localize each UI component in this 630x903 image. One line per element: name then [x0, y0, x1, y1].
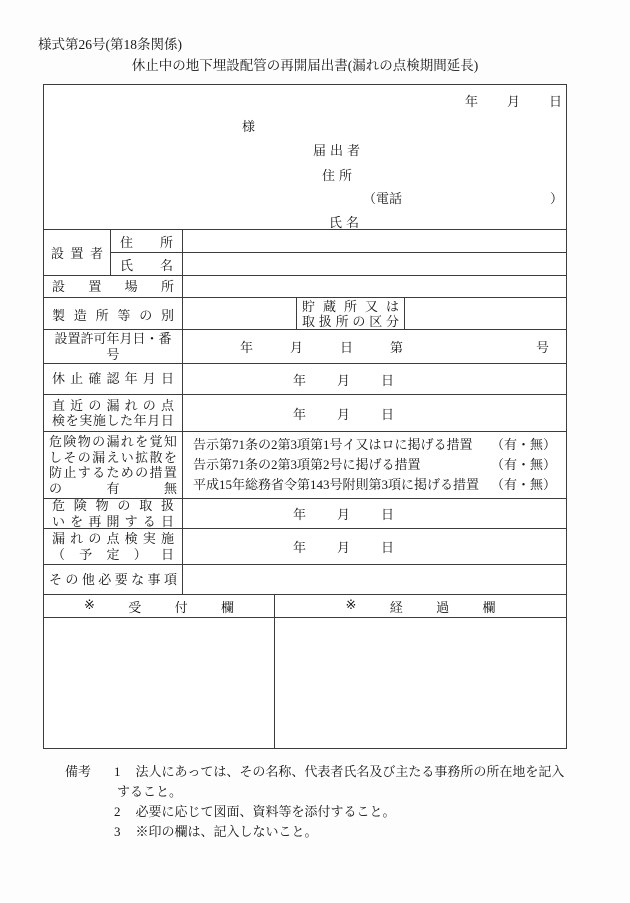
installer-name-value[interactable] — [183, 252, 566, 275]
suspension-confirm-value[interactable]: 年 月 日 — [183, 364, 566, 394]
permit-value[interactable]: 年 月 日 第 号 — [183, 330, 566, 363]
form-body: 年 月 日 様 届出者 住所 （電話 ） 氏名 設置者 住所 氏名 — [43, 84, 567, 749]
resume-date-row: 危険物の取扱 いを再開する日 年 月 日 — [44, 498, 566, 528]
permit-number-suffix: 号 — [536, 337, 549, 356]
note-text-3: ※印の欄は、記入しないこと。 — [136, 824, 318, 839]
resume-date-blank[interactable]: 年 月 日 — [183, 504, 403, 523]
notes-block: 備考1法人にあっては、その名称、代表者氏名及び主たる事務所の所在地を記入 するこ… — [65, 762, 610, 842]
last-leak-check-row: 直近の漏れの点 検を実施した年月日 年 月 日 — [44, 394, 566, 431]
storage-category-value[interactable] — [405, 298, 566, 330]
note-line-3: 3※印の欄は、記入しないこと。 — [65, 822, 610, 842]
addressee-suffix: 様 — [242, 116, 255, 135]
suspension-confirm-label-cell: 休止確認年月日 — [44, 364, 183, 394]
other-label-cell: その他必要な事項 — [44, 565, 183, 594]
leak-measure-option-3[interactable]: （有・無） — [491, 475, 556, 495]
notes-label: 備考 — [65, 764, 91, 779]
facility-type-row: 製造所等の別 貯蔵所又は 取扱所の区分 — [44, 297, 566, 329]
progress-box — [275, 618, 566, 748]
leak-measures-label-line4: の有無 — [49, 481, 177, 497]
note-text-1-continued: すること。 — [117, 784, 182, 799]
installer-row: 設置者 住所 氏名 — [44, 229, 566, 275]
leak-measure-option-2[interactable]: （有・無） — [491, 455, 556, 475]
location-value[interactable] — [183, 276, 566, 297]
leak-check-plan-row: 漏れの点検実施 （予定）日 年 月 日 — [44, 528, 566, 564]
leak-measures-label-line1: 危険物の漏れを覚知 — [49, 434, 177, 450]
notifier-address-label: 住所 — [322, 165, 356, 184]
facility-type-label-cell: 製造所等の別 — [44, 298, 183, 330]
note-text-1: 法人にあっては、その名称、代表者氏名及び主たる事務所の所在地を記入 — [136, 764, 565, 779]
installer-name-label-cell: 氏名 — [111, 252, 183, 275]
leak-measures-label-line2: しその漏えい拡散を — [49, 450, 177, 466]
main-table: 年 月 日 様 届出者 住所 （電話 ） 氏名 設置者 住所 氏名 — [43, 84, 567, 595]
form-code: 様式第26号(第18条関係) — [38, 33, 182, 53]
note-number-3: 3 — [114, 824, 121, 839]
location-row: 設置場所 — [44, 275, 566, 297]
installer-name-label: 氏名 — [120, 255, 173, 274]
resume-date-label-line2: いを再開する日 — [49, 514, 177, 530]
header-box: 年 月 日 様 届出者 住所 （電話 ） 氏名 — [44, 85, 566, 229]
leak-check-plan-value[interactable]: 年 月 日 — [183, 529, 566, 564]
header-date-blank[interactable]: 年 月 日 — [465, 91, 570, 110]
leak-check-plan-label-line2: （予定）日 — [49, 547, 177, 563]
last-leak-check-label-line1: 直近の漏れの点 — [49, 398, 177, 414]
leak-check-plan-label-cell: 漏れの点検実施 （予定）日 — [44, 529, 183, 564]
leak-check-plan-label-line1: 漏れの点検実施 — [49, 531, 177, 547]
form-page: 様式第26号(第18条関係) 休止中の地下埋設配管の再開届出書(漏れの点検期間延… — [0, 0, 630, 903]
location-label-cell: 設置場所 — [44, 276, 183, 297]
last-leak-check-value[interactable]: 年 月 日 — [183, 395, 566, 431]
leak-measure-item: 平成15年総務省令第143号附則第3項に掲げる措置 （有・無） — [193, 475, 556, 495]
storage-category-label-line2: 取扱所の区分 — [302, 314, 399, 329]
progress-header: ※経過欄 — [346, 597, 496, 616]
other-value[interactable] — [183, 565, 566, 594]
leak-measure-item: 告示第71条の2第3項第2号に掲げる措置 （有・無） — [193, 455, 556, 475]
leak-check-plan-date-blank[interactable]: 年 月 日 — [183, 537, 403, 556]
page-title: 休止中の地下埋設配管の再開届出書(漏れの点検期間延長) — [43, 54, 567, 74]
progress-header-cell: ※経過欄 — [275, 595, 566, 617]
installer-address-label: 住所 — [120, 232, 173, 251]
last-leak-check-label-cell: 直近の漏れの点 検を実施した年月日 — [44, 395, 183, 431]
reception-header: ※受付欄 — [84, 597, 234, 616]
installer-address-value[interactable] — [183, 230, 566, 252]
other-row: その他必要な事項 — [44, 564, 566, 594]
other-label: その他必要な事項 — [49, 572, 177, 588]
resume-date-label-line1: 危険物の取扱 — [49, 498, 177, 514]
stamp-body-row — [44, 617, 566, 748]
note-number-2: 2 — [114, 804, 121, 819]
permit-date-blank[interactable]: 年 月 日 第 — [183, 337, 415, 356]
stamp-header-row: ※受付欄 ※経過欄 — [44, 595, 566, 617]
phone-label-close: ） — [550, 188, 563, 207]
storage-category-label-line1: 貯蔵所又は — [302, 299, 399, 314]
suspension-confirm-label: 休止確認年月日 — [49, 371, 177, 387]
permit-label: 設置許可年月日・番 号 — [44, 330, 183, 363]
note-line-2: 2必要に応じて図面、資料等を添付すること。 — [65, 802, 610, 822]
notifier-label: 届出者 — [313, 140, 364, 159]
reception-header-cell: ※受付欄 — [44, 595, 275, 617]
leak-measures-value: 告示第71条の2第3項第1号イ又はロに掲げる措置 （有・無） 告示第71条の2第… — [183, 432, 566, 498]
leak-measure-text-1: 告示第71条の2第3項第1号イ又はロに掲げる措置 — [193, 435, 473, 455]
leak-measure-text-3: 平成15年総務省令第143号附則第3項に掲げる措置 — [193, 475, 479, 495]
note-text-2: 必要に応じて図面、資料等を添付すること。 — [136, 804, 396, 819]
facility-type-label: 製造所等の別 — [49, 305, 177, 324]
last-leak-check-date-blank[interactable]: 年 月 日 — [183, 404, 403, 423]
phone-label-open: （電話 — [363, 188, 402, 207]
leak-measure-option-1[interactable]: （有・無） — [491, 435, 556, 455]
suspension-confirm-date-blank[interactable]: 年 月 日 — [183, 370, 403, 389]
leak-measures-label-cell: 危険物の漏れを覚知 しその漏えい拡散を 防止するための措置 の有無 — [44, 432, 183, 498]
leak-measures-label-line3: 防止するための措置 — [49, 465, 177, 481]
leak-measures-row: 危険物の漏れを覚知 しその漏えい拡散を 防止するための措置 の有無 告示第71条… — [44, 431, 566, 498]
stamp-table: ※受付欄 ※経過欄 — [43, 594, 567, 749]
permit-row: 設置許可年月日・番 号 年 月 日 第 号 — [44, 329, 566, 363]
installer-label: 設置者 — [51, 243, 103, 262]
installer-address-label-cell: 住所 — [111, 230, 183, 252]
installer-label-cell: 設置者 — [44, 230, 111, 275]
suspension-confirm-row: 休止確認年月日 年 月 日 — [44, 363, 566, 394]
last-leak-check-label-line2: 検を実施した年月日 — [49, 413, 177, 429]
facility-type-value[interactable] — [183, 298, 297, 330]
leak-measure-item: 告示第71条の2第3項第1号イ又はロに掲げる措置 （有・無） — [193, 435, 556, 455]
leak-measure-text-2: 告示第71条の2第3項第2号に掲げる措置 — [193, 455, 421, 475]
note-line-1-cont: すること。 — [65, 782, 610, 802]
resume-date-value[interactable]: 年 月 日 — [183, 499, 566, 528]
note-number-1: 1 — [114, 764, 121, 779]
storage-category-label-cell: 貯蔵所又は 取扱所の区分 — [297, 298, 405, 330]
note-line-1: 備考1法人にあっては、その名称、代表者氏名及び主たる事務所の所在地を記入 — [65, 762, 610, 782]
notifier-name-label: 氏名 — [329, 212, 363, 231]
reception-box — [44, 618, 275, 748]
resume-date-label-cell: 危険物の取扱 いを再開する日 — [44, 499, 183, 528]
location-label: 設置場所 — [49, 279, 177, 295]
